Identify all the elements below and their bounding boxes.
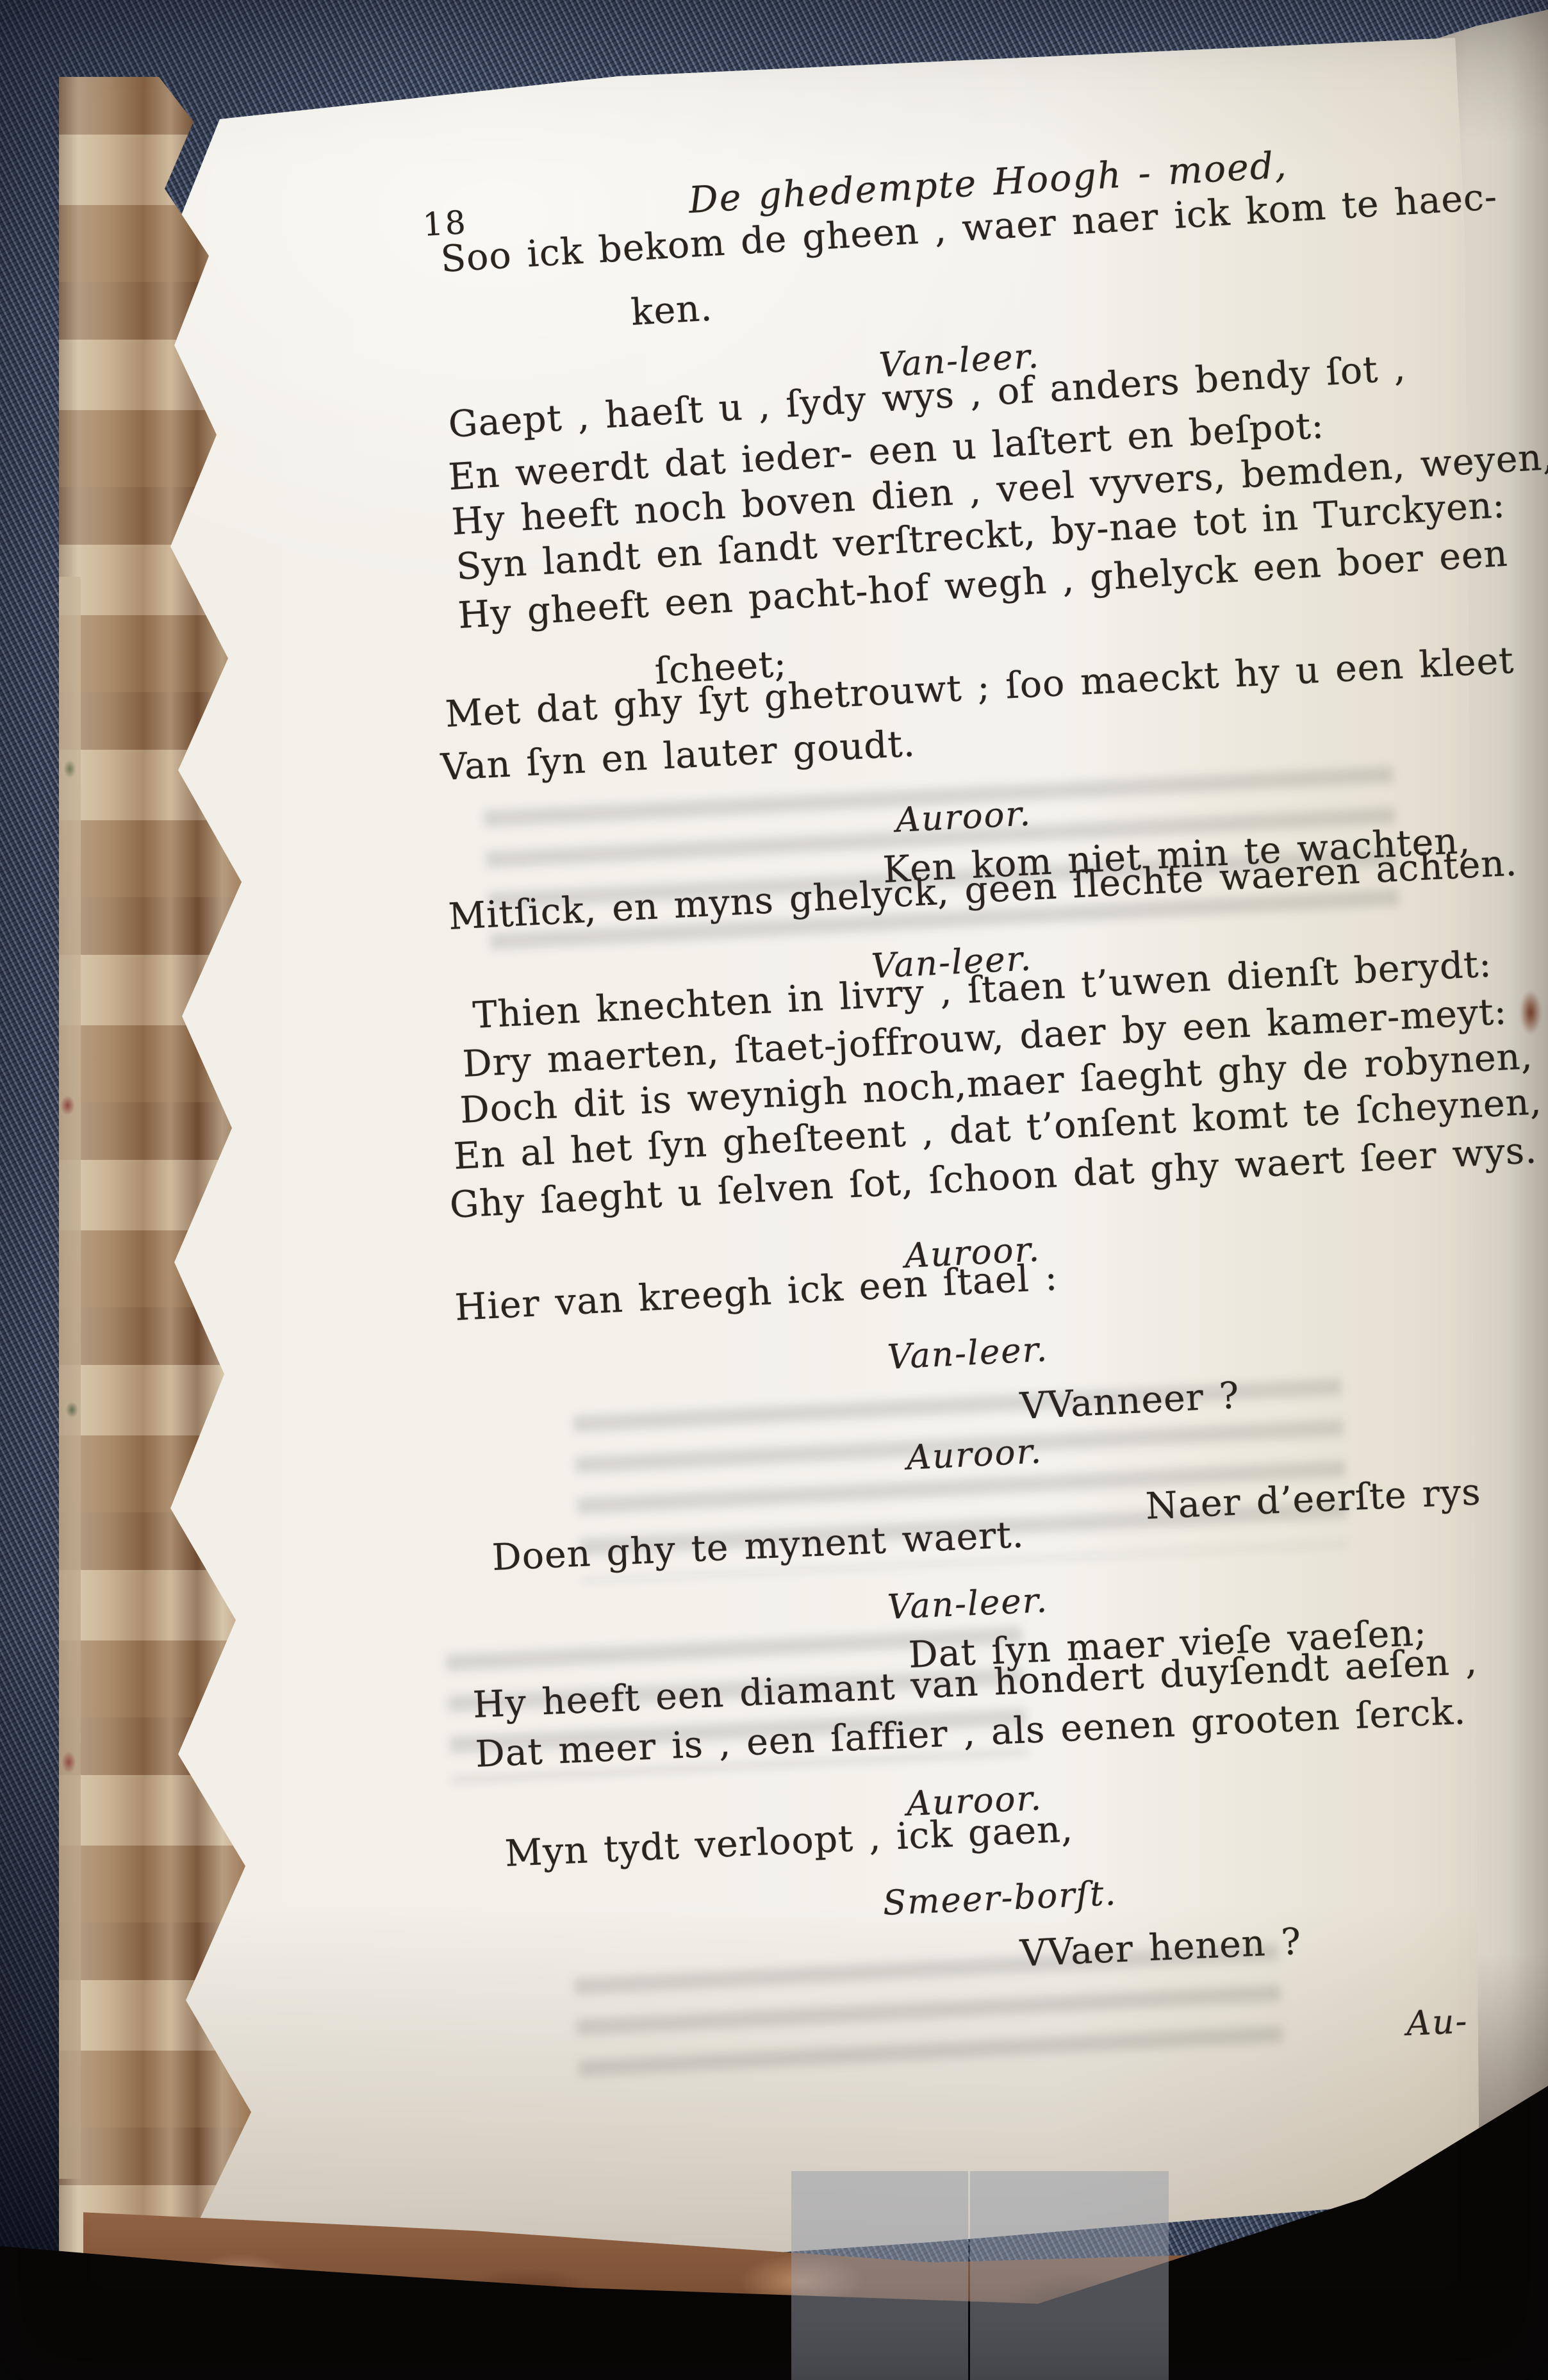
text-line: Met dat ghy ſyt ghetrouwt ; ſoo maeckt h…	[444, 640, 1515, 736]
watermark-box-left	[791, 2171, 968, 2380]
speaker-label: Auroor.	[894, 794, 1032, 840]
text-line: Hier van kreegh ick een ſtael :	[454, 1256, 1058, 1329]
text-line: Myn tydt verloopt , ick gaen,	[504, 1808, 1075, 1875]
text-line: Naer d’eerſte rys	[1145, 1471, 1482, 1528]
speaker-label: Van-leer.	[887, 1581, 1050, 1627]
speaker-label: Smeer-borſt.	[882, 1874, 1118, 1923]
text-line: ken.	[630, 287, 714, 334]
watermark-box-right	[970, 2171, 1169, 2380]
text-line: VVaer henen ?	[1019, 1921, 1303, 1975]
text-line: Doen ghy te mynent waert.	[491, 1514, 1025, 1579]
printed-text: 18 De ghedempte Hoogh - moed, Soo ick be…	[0, 0, 1548, 2380]
text-line: Van ſyn en lauter goudt.	[440, 723, 916, 789]
book-photo: 18 De ghedempte Hoogh - moed, Soo ick be…	[0, 0, 1548, 2380]
catchword: Au-	[1406, 2002, 1469, 2044]
text-line: VVanneer ?	[1019, 1375, 1240, 1428]
speaker-label: Auroor.	[905, 1432, 1043, 1478]
speaker-label: Van-leer.	[886, 1330, 1049, 1377]
